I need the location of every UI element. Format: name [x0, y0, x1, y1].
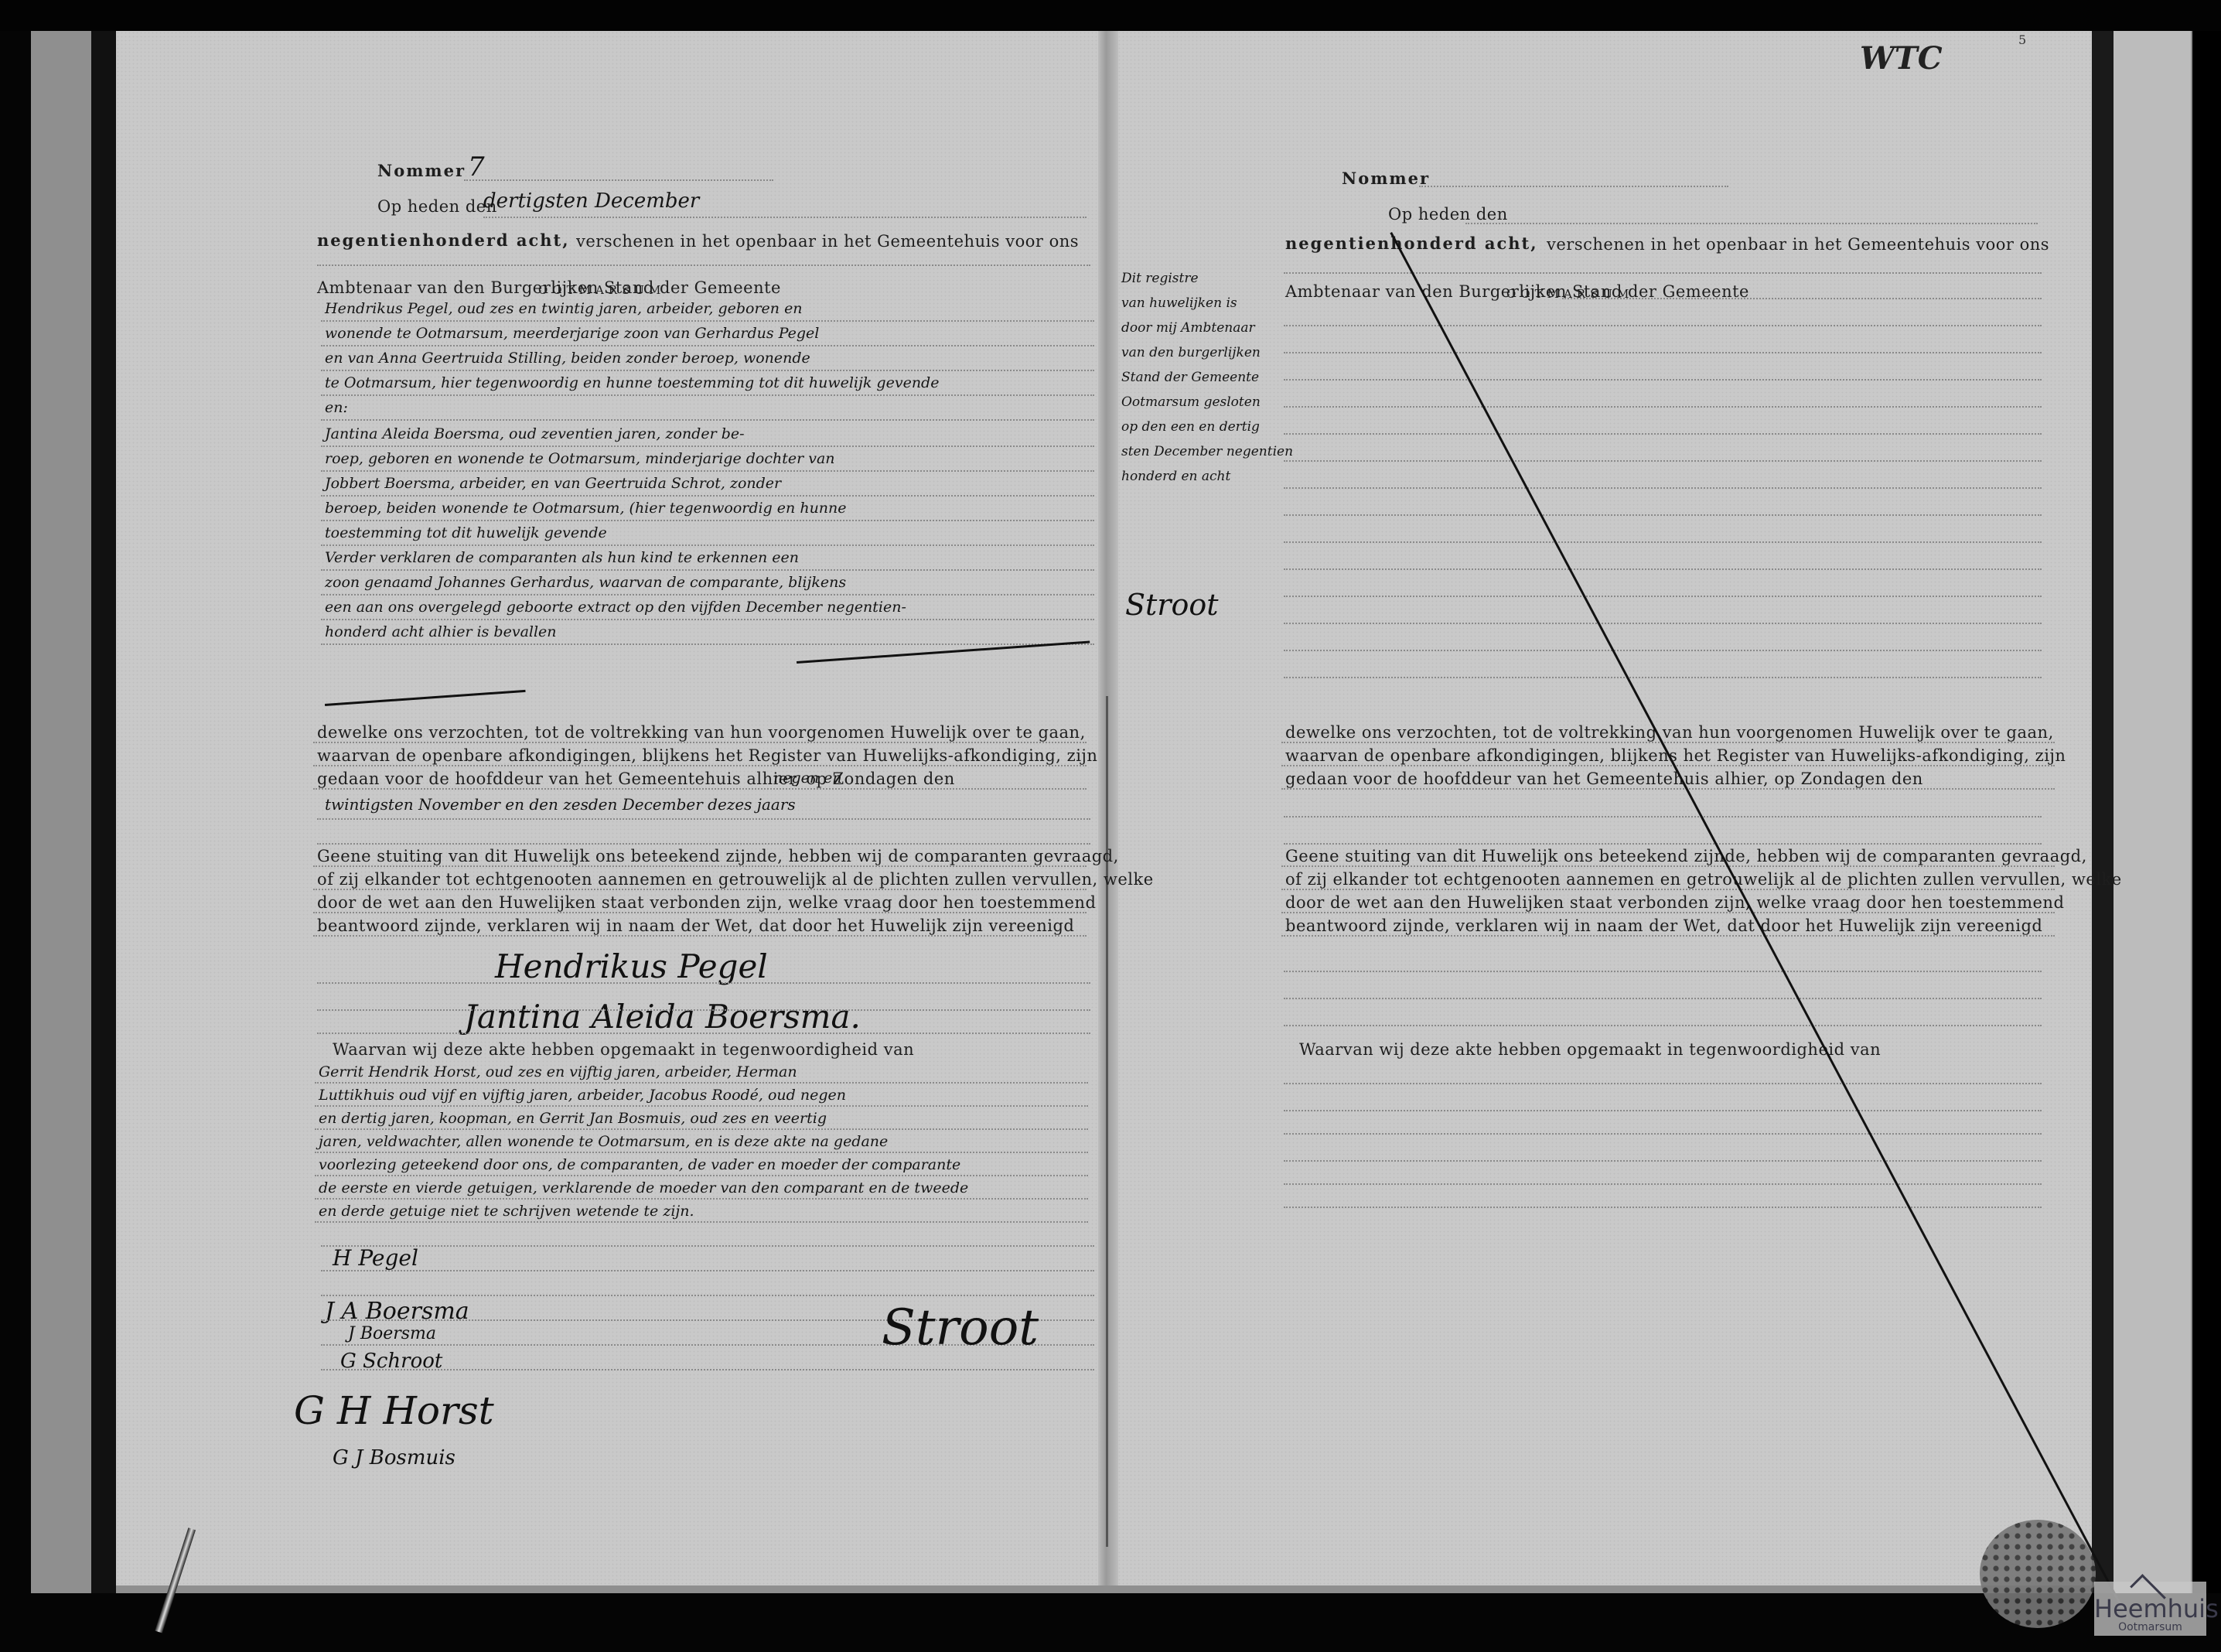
year-rest: verschenen in het openbaar in het Gemeen…	[1547, 235, 2049, 254]
ruled-line	[313, 912, 1087, 913]
text-line: een aan ons overgelegd geboorte extract …	[325, 599, 906, 616]
ruled-line	[315, 1198, 1088, 1200]
margin-line: door mij Ambtenaar	[1121, 320, 1255, 336]
ruled-line	[1284, 460, 2042, 462]
text-line: beroep, beiden wonende te Ootmarsum, (hi…	[325, 500, 847, 517]
ruled-line	[1284, 541, 2042, 543]
ruled-line	[1284, 487, 2042, 489]
margin-signature: Stroot	[1125, 588, 1219, 622]
ruled-line	[321, 619, 1094, 620]
text-line: door de wet aan den Huwelijken staat ver…	[317, 893, 1096, 912]
ruled-line	[1281, 912, 2055, 913]
ruled-line	[321, 370, 1094, 371]
text-line: en derde getuige niet te schrijven weten…	[319, 1203, 694, 1220]
text-line: roep, geboren en wonende te Ootmarsum, m…	[325, 450, 835, 467]
text-line: honderd acht alhier is bevallen	[325, 623, 557, 640]
united-bride: Jantina Aleida Boersma.	[464, 998, 861, 1036]
ruled-line	[313, 865, 1087, 867]
text-line: waarvan de openbare afkondigingen, blijk…	[1285, 746, 2066, 765]
ruled-line	[313, 788, 1087, 790]
zondagen-value-1: negen en	[773, 770, 842, 787]
signature: G H Horst	[294, 1388, 494, 1433]
year-bold: negentienhonderd acht,	[317, 230, 570, 250]
ruled-line	[315, 1175, 1088, 1176]
left-frame	[91, 31, 116, 1632]
text-line: beantwoord zijnde, verklaren wij in naam…	[317, 916, 1074, 935]
ruled-line	[321, 569, 1094, 571]
text-line: Gerrit Hendrik Horst, oud zes en vijftig…	[319, 1063, 797, 1080]
text-line: Jobbert Boersma, arbeider, en van Geertr…	[325, 475, 781, 492]
ruled-line	[321, 345, 1094, 346]
signature: J Boersma	[348, 1324, 436, 1343]
text-line: Geene stuiting van dit Huwelijk ons bete…	[1285, 847, 2087, 865]
right-frame	[2092, 31, 2114, 1616]
margin-line: Ootmarsum gesloten	[1121, 394, 1261, 410]
page-edge	[2114, 23, 2191, 1616]
signature: G J Bosmuis	[333, 1446, 455, 1469]
ruled-line	[1284, 1110, 2042, 1111]
ruled-line	[321, 320, 1094, 322]
text-line: waarvan de openbare afkondigingen, blijk…	[317, 746, 1090, 765]
scan-bottom-edge	[0, 1593, 2221, 1652]
op-heden-label: Op heden den	[377, 197, 497, 216]
ruled-line	[315, 1105, 1088, 1107]
ruled-line	[1281, 865, 2055, 867]
ruled-line	[315, 1152, 1088, 1153]
ruled-line	[1284, 325, 2042, 326]
united-groom: Hendrikus Pegel	[495, 947, 768, 985]
officer-signature: Stroot	[882, 1299, 1039, 1357]
ruled-line	[1284, 379, 2042, 381]
ruled-line	[1281, 935, 2055, 937]
margin-line: van huwelijken is	[1121, 295, 1237, 311]
ruled-line	[1284, 433, 2042, 435]
signature: H Pegel	[333, 1245, 418, 1271]
text-line: Hendrikus Pegel, oud zes en twintig jare…	[325, 300, 803, 317]
ruled-line	[1281, 889, 2055, 890]
text-line: te Ootmarsum, hier tegenwoordig en hunne…	[325, 374, 939, 391]
text-line: Luttikhuis oud vijf en vijftig jaren, ar…	[319, 1087, 846, 1104]
text-line: en dertig jaren, koopman, en Gerrit Jan …	[319, 1110, 827, 1127]
text-line: beantwoord zijnde, verklaren wij in naam…	[1285, 916, 2042, 935]
margin-line: Stand der Gemeente	[1121, 370, 1259, 385]
nommer-label: Nommer	[377, 161, 466, 180]
text-line: dewelke ons verzochten, tot de voltrekki…	[1285, 723, 2054, 742]
ruled-line	[1284, 1183, 2042, 1185]
text-line: of zij elkander tot echtgenooten aanneme…	[317, 870, 1154, 889]
scan-edge	[2192, 0, 2221, 1652]
ruled-line	[1284, 1160, 2042, 1162]
ruled-line	[321, 419, 1094, 421]
ruled-line	[321, 470, 1094, 472]
ruled-line	[1284, 1207, 2042, 1208]
text-line: en van Anna Geertruida Stilling, beiden …	[325, 350, 810, 367]
op-heden-value: dertigsten December	[483, 189, 699, 213]
ruled-line	[1284, 1025, 2042, 1026]
ruled-line	[1281, 742, 2055, 743]
text-line: de eerste en vierde getuigen, verklarend…	[319, 1179, 968, 1196]
text-line: gedaan voor de hoofddeur van het Gemeent…	[1285, 770, 1923, 788]
text-line: voorlezing geteekend door ons, de compar…	[319, 1156, 960, 1173]
text-line: Verder verklaren de comparanten als hun …	[325, 549, 799, 566]
nommer-label: Nommer	[1342, 169, 1430, 188]
text-line: zoon genaamd Johannes Gerhardus, waarvan…	[325, 574, 846, 591]
ruled-line	[1281, 765, 2055, 766]
ruled-line	[1284, 1133, 2042, 1135]
nommer-value: 7	[468, 152, 485, 183]
ruled-line	[313, 935, 1087, 937]
margin-line: op den een en dertig	[1121, 419, 1260, 435]
waarvan-label: Waarvan wij deze akte hebben opgemaakt i…	[333, 1040, 914, 1059]
text-line: Jantina Aleida Boersma, oud zeventien ja…	[325, 425, 745, 442]
ruled-line	[321, 544, 1094, 546]
ruled-line	[321, 594, 1094, 596]
ruled-line	[313, 765, 1087, 766]
scan-top-edge	[0, 0, 2221, 31]
text-line: toestemming tot dit huwelijk gevende	[325, 524, 607, 541]
margin-line: sten December negentien	[1121, 444, 1293, 459]
heemhuis-watermark: Heemhuis Ootmarsum	[2094, 1582, 2206, 1636]
year-bold: negentienhonderd acht,	[1285, 234, 1538, 253]
text-line: gedaan voor de hoofddeur van het Gemeent…	[317, 770, 1090, 788]
year-rest: verschenen in het openbaar in het Gemeen…	[576, 232, 1079, 251]
text-line: Geene stuiting van dit Huwelijk ons bete…	[317, 847, 1119, 865]
ruled-line	[321, 394, 1094, 396]
text-line: en:	[325, 399, 348, 416]
ruled-line	[1284, 568, 2042, 570]
ruled-line	[321, 445, 1094, 447]
zondagen-value-2: twintigsten November en den zesden Decem…	[325, 795, 796, 814]
op-heden-label: Op heden den	[1388, 205, 1508, 224]
ruled-line	[321, 1295, 1094, 1296]
ruled-line	[1284, 998, 2042, 999]
margin-line: van den burgerlijken	[1121, 345, 1261, 360]
text-line: jaren, veldwachter, allen wonende te Oot…	[319, 1133, 888, 1150]
page-number: 5	[2018, 32, 2026, 47]
ruled-line	[1284, 971, 2042, 972]
ruled-line	[315, 1221, 1088, 1223]
binding-thread	[1106, 696, 1108, 1547]
ruled-line	[315, 1082, 1088, 1084]
ruled-line	[315, 1128, 1088, 1130]
book-spine	[1098, 31, 1118, 1585]
waarvan-label: Waarvan wij deze akte hebben opgemaakt i…	[1299, 1040, 1881, 1059]
thimble	[1980, 1520, 2096, 1628]
ruled-line	[321, 495, 1094, 497]
ruled-line	[1284, 406, 2042, 408]
ruled-line	[321, 1270, 1094, 1271]
ruled-line	[1284, 352, 2042, 353]
text-line: of zij elkander tot echtgenooten aanneme…	[1285, 870, 2122, 889]
ruled-line	[1284, 1083, 2042, 1084]
ruled-line	[321, 1369, 1094, 1370]
ruled-line	[321, 520, 1094, 521]
ruled-line	[1284, 677, 2042, 678]
ruled-line	[321, 643, 1094, 645]
margin-line: honderd en acht	[1121, 469, 1230, 484]
ruled-line	[1281, 788, 2055, 790]
ruled-line	[1284, 843, 2042, 845]
ruled-line	[313, 742, 1087, 743]
ruled-line	[1284, 514, 2042, 516]
ruled-line	[1284, 596, 2042, 597]
right-page	[1110, 31, 2092, 1585]
ruled-line	[321, 1245, 1094, 1247]
ruled-line	[313, 889, 1087, 890]
text-line: door de wet aan den Huwelijken staat ver…	[1285, 893, 2064, 912]
ruled-line	[1284, 816, 2042, 817]
text-line: dewelke ons verzochten, tot de voltrekki…	[317, 723, 1090, 742]
ruled-line	[1284, 623, 2042, 624]
gemeente: OOTMARSUM	[538, 283, 665, 297]
archive-stamp: WTC	[1860, 40, 1943, 77]
margin-line: Dit registre	[1121, 271, 1199, 286]
text-line: wonende te Ootmarsum, meerderjarige zoon…	[325, 325, 819, 342]
ruled-line	[1284, 650, 2042, 651]
